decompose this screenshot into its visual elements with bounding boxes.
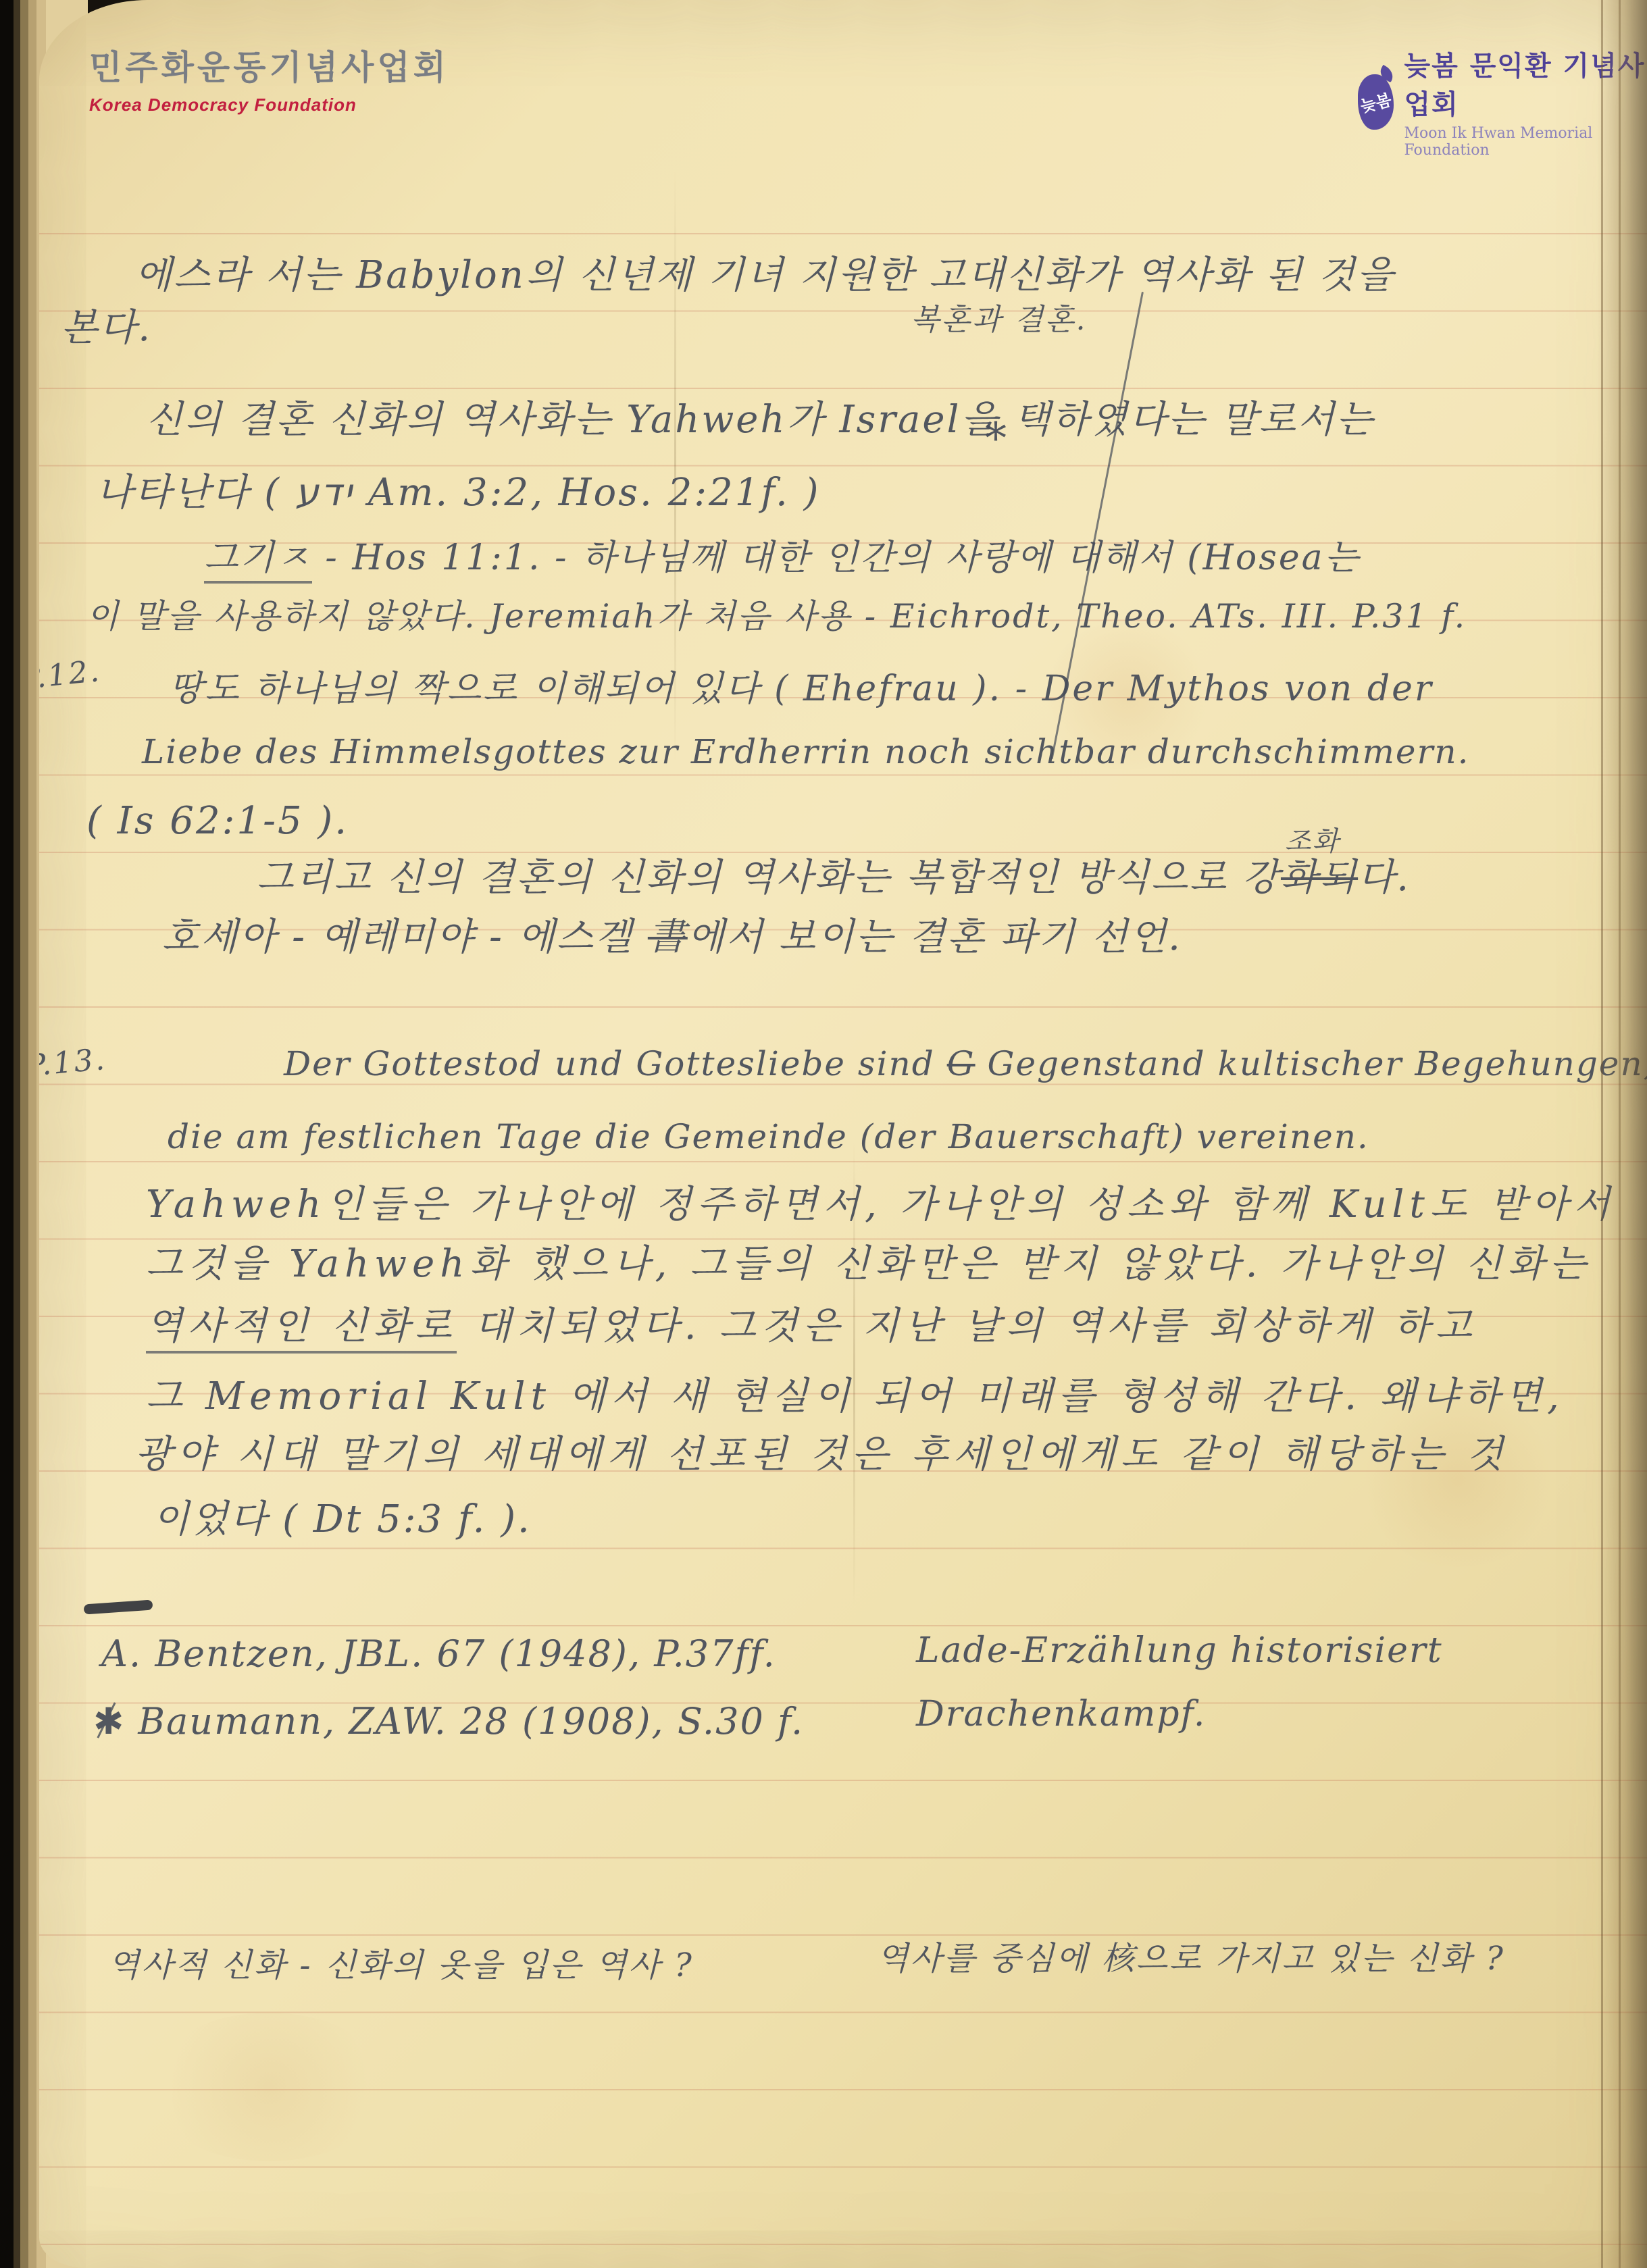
handwritten-line-5: 그기ㅈ - Hos 11:1. - 하나님께 대한 인간의 사랑에 대해서 (H… — [204, 540, 1361, 575]
handwritten-line-10: 그리고 신의 결혼의 신화의 역사화는 복합적인 방식으로 강화되조화다. — [257, 859, 1411, 897]
handwritten-line-7: 땅도 하나님의 짝으로 이해되어 있다 ( Ehefrau ). - Der M… — [169, 671, 1434, 706]
line12-pre: Der Gottestod und Gottesliebe sind — [284, 1044, 947, 1083]
line11-post: 에서 보이는 결혼 파기 선언. — [688, 915, 1182, 959]
handwritten-line-19: 이었다 ( Dt 5:3 f. ). — [153, 1501, 532, 1539]
handwritten-line-9: ( Is 62:1-5 ). — [86, 802, 349, 840]
handwritten-line-6: 이 말을 사용하지 않았다. Jeremiah가 처음 사용 - Eichrod… — [86, 600, 1467, 633]
handwritten-line-11: 호세아 - 예레미야 - 에스겔 書에서 보이는 결혼 파기 선언. — [162, 919, 1182, 956]
line10-struck-text: 화되 — [1281, 856, 1358, 900]
bottom-question-right: 역사를 중심에 核으로 가지고 있는 신화 ? — [877, 1942, 1505, 1975]
line12-struck-text: G — [947, 1044, 975, 1083]
bottom-question-left: 역사적 신화 - 신화의 옷을 입은 역사 ? — [108, 1949, 694, 1982]
handwritten-line-4: 나타난다 ( ידע Am. 3:2, Hos. 2:21f. ) — [96, 474, 821, 512]
crossed-star-mark-wrap: ✱ — [93, 1703, 125, 1740]
scanned-notebook-photo: { "header": { "left_logo": { "korean": "… — [0, 0, 1647, 2268]
line10-correction-above: 조화 — [1285, 828, 1340, 855]
bibliography-row2-left-text: Baumann, ZAW. 28 (1908), S.30 f. — [125, 1700, 804, 1743]
handwritten-line-2: 본다. — [61, 309, 152, 347]
bibliography-row1-left: A. Bentzen, JBL. 67 (1948), P.37ff. — [101, 1636, 776, 1672]
handwritten-line-16: 역사적인 신화로 대치되었다. 그것은 지난 날의 역사를 회상하게 하고 — [146, 1308, 1477, 1345]
paper-stain — [147, 2013, 390, 2161]
kdf-korean-wordmark: 민주화운동기념사업회 — [89, 41, 449, 89]
handwritten-line-12: Der Gottestod und Gottesliebe sind G Geg… — [284, 1047, 1647, 1081]
foundation-seal-icon: 늦봄 — [1358, 74, 1394, 130]
bibliography-row2-left: ✱ Baumann, ZAW. 28 (1908), S.30 f. — [93, 1703, 804, 1740]
line16-rest: 대치되었다. 그것은 지난 날의 역사를 회상하게 하고 — [457, 1304, 1477, 1348]
line16-underlined: 역사적인 신화로 — [146, 1304, 457, 1354]
line11-pre: 호세아 - 예레미야 - 에스겔 — [162, 915, 648, 959]
inserted-note-above-line: 복혼과 결혼. — [911, 305, 1088, 335]
handwritten-line-3: 신의 결혼 신화의 역사화는 Yahweh가 Israel을 택하였다는 말로서… — [146, 401, 1375, 439]
seal-calligraphy-text: 늦봄 — [1358, 86, 1394, 117]
asterisk-mark: * — [985, 417, 1009, 461]
line10-strikethrough-wrap: 화되조화 — [1281, 859, 1358, 897]
line10-pre: 그리고 신의 결혼의 신화의 역사화는 복합적인 방식으로 강 — [257, 856, 1281, 900]
handwritten-line-14: Yahweh인들은 가나안에 정주하면서, 가나안의 성소와 함께 Kult도 … — [146, 1186, 1615, 1224]
bibliography-row1-right: Lade-Erzählung historisiert — [916, 1633, 1443, 1668]
line12-post: Gegenstand kultischer Begehungen, — [975, 1044, 1647, 1083]
bibliography-row2-right: Drachenkampf. — [916, 1697, 1206, 1732]
handwritten-line-1: 에스라 서는 Babylon의 신년제 기녀 지원한 고대신화가 역사화 된 것… — [135, 257, 1395, 294]
line10-post: 다. — [1358, 856, 1411, 900]
kdf-english-wordmark: Korea Democracy Foundation — [89, 95, 449, 115]
korea-democracy-foundation-logo: 민주화운동기념사업회 Korea Democracy Foundation — [89, 41, 449, 115]
handwritten-line-15: 그것을 Yahweh화 했으나, 그들의 신화만은 받지 않았다. 가나안의 신… — [146, 1245, 1592, 1283]
handwritten-line-13: die am festlichen Tage die Gemeinde (der… — [168, 1120, 1369, 1154]
handwritten-line-17: 그 Memorial Kult 에서 새 현실이 되어 미래를 형성해 간다. … — [146, 1378, 1565, 1416]
notebook-page: 민주화운동기념사업회 Korea Democracy Foundation 늦봄… — [39, 0, 1647, 2268]
margin-note-p12: P.12. — [39, 656, 103, 694]
page-right-edge — [1597, 0, 1647, 2268]
margin-note-p13: P.13. — [39, 1045, 107, 1081]
handwritten-line-18: 광야 시대 말기의 세대에게 선포된 것은 후세인에게도 같이 해당하는 것 — [135, 1436, 1509, 1474]
handwritten-line-8: Liebe des Himmelsgottes zur Erdherrin no… — [142, 735, 1470, 769]
line5-underlined: 그기ㅈ — [204, 538, 312, 584]
line11-struck-text: 書 — [648, 915, 688, 959]
line5-rest: - Hos 11:1. - 하나님께 대한 인간의 사랑에 대해서 (Hosea… — [312, 538, 1361, 578]
